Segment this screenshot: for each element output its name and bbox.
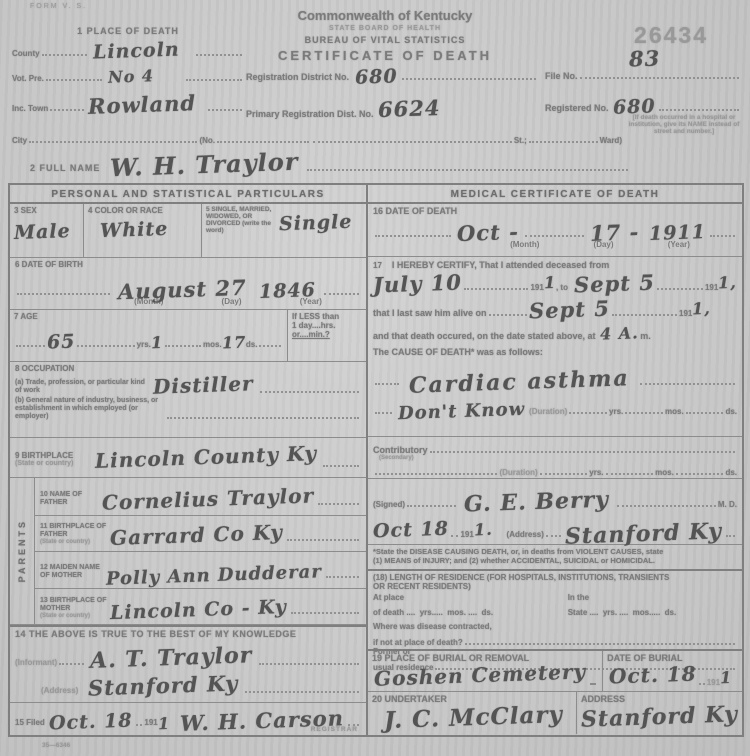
res-mos-label: mos. .... — [447, 608, 477, 617]
attended-from-date: July 10 — [373, 269, 463, 297]
form-code-top: FORM V. S. — [30, 3, 87, 10]
father-bp-value: Garrard Co Ky — [110, 520, 284, 550]
place-of-death-block: 1 PLACE OF DEATH County Lincoln Vot. Pre… — [12, 26, 244, 113]
commonwealth-title: Commonwealth of Kentucky — [225, 8, 545, 23]
town-value: Rowland — [88, 90, 197, 119]
signed-label: (Signed) — [373, 500, 405, 509]
burial-row: 19 PLACE OF BURIAL OR REMOVAL Goshen Cem… — [368, 651, 742, 692]
age-mos-label: mos. — [203, 340, 222, 349]
bureau-title: BUREAU OF VITAL STATISTICS — [225, 35, 545, 45]
from-year-digit: 1 — [544, 273, 557, 292]
filed-year-digit: 1 — [157, 714, 170, 733]
file-no-label: File No. — [545, 71, 578, 81]
full-name-line: 2 FULL NAME W. H. Traylor — [30, 150, 630, 173]
age-years: 65 — [46, 331, 75, 354]
full-name-value: W. H. Traylor — [110, 147, 299, 183]
age-row: 7 AGE 65 yrs. 1 mos. 17 ds. — [10, 310, 366, 362]
signed-date-value: Oct 18 — [373, 518, 450, 543]
contrib-mos-label: mos. — [655, 468, 674, 477]
dob-value: August 27 — [118, 275, 247, 304]
certify-block: 17 I HEREBY CERTIFY, That I attended dec… — [368, 257, 742, 437]
last-saw-date: Sept 5 — [529, 296, 611, 324]
date-of-death-label: 16 DATE OF DEATH — [373, 206, 737, 216]
city-ward-label: Ward) — [600, 136, 622, 145]
registration-district-value: 680 — [355, 65, 398, 88]
contributory-label: Contributory — [373, 445, 428, 455]
informant-label: (Informant) — [15, 658, 57, 667]
cause-yrs-label: yrs. — [609, 407, 623, 416]
death-certificate-scan: FORM V. S. Commonwealth of Kentucky STAT… — [0, 0, 750, 756]
informant-address-value: Stanford Ky — [88, 670, 239, 700]
parents-block: PARENTS 10 NAME OF FATHER Cornelius Tray… — [10, 478, 366, 625]
county-value: Lincoln — [93, 38, 180, 63]
residence-block: (18) LENGTH OF RESIDENCE (FOR HOSPITALS,… — [368, 571, 742, 651]
last-saw-label: that I last saw him alive on — [373, 308, 487, 318]
precinct-value: No 4 — [108, 66, 155, 87]
contrib-yrs-label: yrs. — [589, 468, 603, 477]
state-ds-label: ds. — [665, 608, 677, 617]
state-mos-label: mos..... — [633, 608, 661, 617]
footnote-line2: (1) MEANS of INJURY; and (2) whether ACC… — [373, 556, 737, 565]
mother-name-value: Polly Ann Dudderar — [106, 561, 322, 590]
res-ds-label: ds. — [482, 608, 494, 617]
attended-to-date: Sept 5 — [574, 270, 656, 298]
birthplace-value: Lincoln County Ky — [95, 441, 318, 473]
personal-column: PERSONAL AND STATISTICAL PARTICULARS 3 S… — [10, 185, 368, 735]
filed-year-prefix: 191 — [144, 718, 157, 727]
burial-year-prefix: 191 — [707, 678, 720, 687]
cause-ds-label: ds. — [725, 407, 737, 416]
city-st-label: St.; — [514, 136, 527, 145]
precinct-label: Vot. Pre. — [12, 74, 44, 83]
signed-year-prefix: 191 — [460, 530, 473, 539]
to-year-prefix: 191 — [705, 283, 718, 292]
registration-district-label: Registration District No. — [246, 72, 349, 82]
occupation-row: 8 OCCUPATION (a) Trade, profession, or p… — [10, 362, 366, 438]
race-value: White — [100, 218, 169, 242]
of-death-label: of death .... — [373, 608, 415, 617]
father-bp-sub-label: (State or country) — [40, 539, 110, 545]
informant-value: A. T. Traylor — [90, 642, 253, 674]
res-yrs-label: yrs..... — [420, 608, 443, 617]
age-months: 1 — [151, 333, 164, 352]
dob-row: 6 DATE OF BIRTH August 27 1846 (Month) (… — [10, 258, 366, 310]
serial-number: 26434 — [634, 22, 708, 49]
residence-label-line2: OR RECENT RESIDENTS) — [373, 582, 737, 591]
knowledge-row: 14 THE ABOVE IS TRUE TO THE BEST OF MY K… — [10, 625, 366, 703]
birthplace-row: 9 BIRTHPLACE (State or country) Lincoln … — [10, 438, 366, 478]
certificate-body: PERSONAL AND STATISTICAL PARTICULARS 3 S… — [8, 183, 744, 737]
sex-race-marital-row: 3 SEX Male 4 COLOR OR RACE White 5 SINGL… — [10, 204, 366, 258]
parents-strip: PARENTS — [10, 478, 35, 624]
secondary-label: (Secondary) — [379, 455, 737, 461]
dod-day-value: 17 - — [589, 219, 639, 246]
to-label: , to — [556, 283, 568, 292]
m-label: m. — [640, 331, 651, 341]
mother-bp-value: Lincoln Co - Ky — [110, 596, 288, 624]
undertaker-row: 20 UNDERTAKER J. C. McClary ADDRESS Stan… — [368, 692, 742, 734]
registered-no-label: Registered No. — [545, 103, 609, 113]
full-name-label: 2 FULL NAME — [30, 163, 100, 173]
dod-year-value: 1911 — [648, 221, 706, 245]
primary-district-label: Primary Registration Dist. No. — [246, 109, 374, 119]
state-yrs-label: yrs. .... — [603, 608, 628, 617]
physician-signature: G. E. Berry — [464, 486, 610, 517]
mother-bp-label: 13 BIRTHPLACE OF MOTHER — [40, 597, 110, 613]
occupation-b-label: (b) General nature of industry, business… — [15, 397, 165, 421]
hospital-note: [If death occurred in a hospital or inst… — [628, 114, 740, 135]
occupation-a-label: (a) Trade, profession, or particular kin… — [15, 379, 145, 395]
city-no-label: (No. — [199, 136, 215, 145]
form-code-bottom: 35—6346 — [42, 742, 70, 749]
county-label: County — [12, 49, 40, 58]
marital-value: Single — [278, 211, 352, 236]
city-line: City (No. St.; Ward) — [12, 130, 622, 145]
certificate-title: CERTIFICATE OF DEATH — [225, 48, 545, 63]
last-saw-year-digit: 1, — [692, 299, 711, 319]
age-ds-label: ds. — [246, 340, 258, 349]
certify-text: I HEREBY CERTIFY, That I attended deceas… — [392, 260, 609, 270]
cause-duration-value: Don't Know — [398, 399, 526, 424]
town-label: Inc. Town — [12, 104, 48, 113]
mother-name-label: 12 MAIDEN NAME OF MOTHER — [40, 564, 104, 580]
cause-duration-label: (Duration) — [529, 407, 567, 416]
contrib-ds-label: ds. — [725, 468, 737, 477]
from-year-prefix: 191 — [530, 283, 543, 292]
certify-number: 17 — [373, 261, 382, 270]
signed-address-label: (Address) — [507, 530, 544, 539]
date-of-death-row: 16 DATE OF DEATH Oct - 17 - 1911 (Month)… — [368, 204, 742, 257]
place-of-death-label: 1 PLACE OF DEATH — [12, 26, 244, 36]
cause-mos-label: mos. — [665, 407, 684, 416]
registration-district-line: Registration District No. 680 — [246, 66, 538, 82]
death-time-value: 4 A. — [599, 323, 638, 343]
age-days: 17 — [221, 333, 246, 353]
sex-label: 3 SEX — [14, 206, 79, 215]
last-saw-year-prefix: 191 — [679, 309, 692, 318]
at-place-label: At place — [373, 593, 568, 602]
undertaker-address-value: Stanford Ky — [581, 701, 739, 732]
primary-district-line: Primary Registration Dist. No. 6624 — [246, 96, 538, 119]
state-label: State .... — [568, 608, 599, 617]
age-label: 7 AGE — [14, 312, 283, 321]
burial-year-digit: 1 — [720, 668, 733, 687]
residence-label-line1: (18) LENGTH OF RESIDENCE (FOR HOSPITALS,… — [373, 573, 737, 582]
father-bp-label: 11 BIRTHPLACE OF FATHER — [40, 523, 110, 539]
undertaker-value: J. C. McClary — [384, 701, 564, 734]
contracted-label-line1: Where was disease contracted, — [373, 622, 737, 631]
marital-label: 5 SINGLE, MARRIED, WIDOWED, OR DIVORCED … — [206, 206, 284, 234]
primary-district-value: 6624 — [377, 95, 440, 122]
age-note-line3: or....min.? — [292, 330, 362, 339]
contrib-duration-label: (Duration) — [499, 468, 537, 477]
father-name-label: 10 NAME OF FATHER — [40, 491, 98, 507]
registered-no-line: Registered No. 680 — [545, 96, 741, 113]
cause-of-death-label: The CAUSE OF DEATH* was as follows: — [373, 347, 543, 357]
cause-of-death-value: Cardiac asthma — [408, 365, 630, 399]
death-occurred-label: and that death occured, on the date stat… — [373, 331, 596, 341]
filed-label: 15 Filed — [15, 718, 45, 727]
burial-place-value: Goshen Cemetery — [374, 659, 587, 690]
informant-address-label: (Address) — [41, 686, 78, 695]
race-label: 4 COLOR OR RACE — [88, 206, 197, 215]
birthplace-label: 9 BIRTHPLACE — [15, 451, 93, 460]
contracted-label-line2: if not at place of death? — [373, 638, 463, 647]
age-note-line1: If LESS than — [292, 312, 362, 321]
father-birthplace-row: 11 BIRTHPLACE OF FATHER (State or countr… — [35, 516, 366, 552]
dob-label: 6 DATE OF BIRTH — [15, 260, 361, 269]
age-yrs-label: yrs. — [137, 340, 151, 349]
mother-name-row: 12 MAIDEN NAME OF MOTHER Polly Ann Dudde… — [35, 552, 366, 589]
mother-birthplace-row: 13 BIRTHPLACE OF MOTHER (State or countr… — [35, 589, 366, 624]
filed-row: 15 Filed Oct. 18 191 1 W. H. Carson REGI… — [10, 703, 366, 735]
md-label: M. D. — [718, 500, 737, 509]
dob-year: 1846 — [259, 279, 317, 303]
in-the-label: In the — [568, 593, 737, 602]
footnote-line1: *State the DISEASE CAUSING DEATH, or, in… — [373, 547, 737, 556]
medical-section-title: MEDICAL CERTIFICATE OF DEATH — [368, 185, 742, 204]
occupation-value: Distiller — [153, 371, 254, 398]
contributory-block: Contributory (Secondary) (Duration) yrs.… — [368, 437, 742, 479]
age-note-line2: 1 day....hrs. — [292, 321, 362, 330]
signed-year-digit: 1. — [474, 520, 493, 540]
parents-label: PARENTS — [17, 519, 27, 582]
dod-month-value: Oct - — [456, 219, 519, 246]
mother-bp-sub-label: (State or country) — [40, 613, 110, 619]
sex-value: Male — [14, 220, 71, 244]
file-no-line: File No. — [545, 66, 741, 81]
father-name-row: 10 NAME OF FATHER Cornelius Traylor — [35, 478, 366, 516]
signed-block: (Signed) G. E. Berry M. D. Oct 18 191 1.… — [368, 479, 742, 545]
board-title: STATE BOARD OF HEALTH — [225, 25, 545, 32]
to-year-digit: 1, — [718, 273, 737, 293]
registrar-label: REGISTRAR — [311, 726, 358, 733]
personal-section-title: PERSONAL AND STATISTICAL PARTICULARS — [10, 185, 366, 204]
father-name-value: Cornelius Traylor — [102, 483, 315, 514]
city-label: City — [12, 136, 27, 145]
knowledge-label: 14 THE ABOVE IS TRUE TO THE BEST OF MY K… — [15, 629, 361, 639]
burial-date-value: Oct. 18 — [609, 661, 697, 688]
birthplace-sub-label: (State or country) — [15, 460, 93, 467]
footnote-block: *State the DISEASE CAUSING DEATH, or, in… — [368, 545, 742, 571]
medical-column: MEDICAL CERTIFICATE OF DEATH 16 DATE OF … — [368, 185, 742, 735]
occupation-label: 8 OCCUPATION — [15, 364, 361, 373]
certificate-header: Commonwealth of Kentucky STATE BOARD OF … — [225, 8, 545, 63]
filed-date-value: Oct. 18 — [48, 710, 132, 735]
